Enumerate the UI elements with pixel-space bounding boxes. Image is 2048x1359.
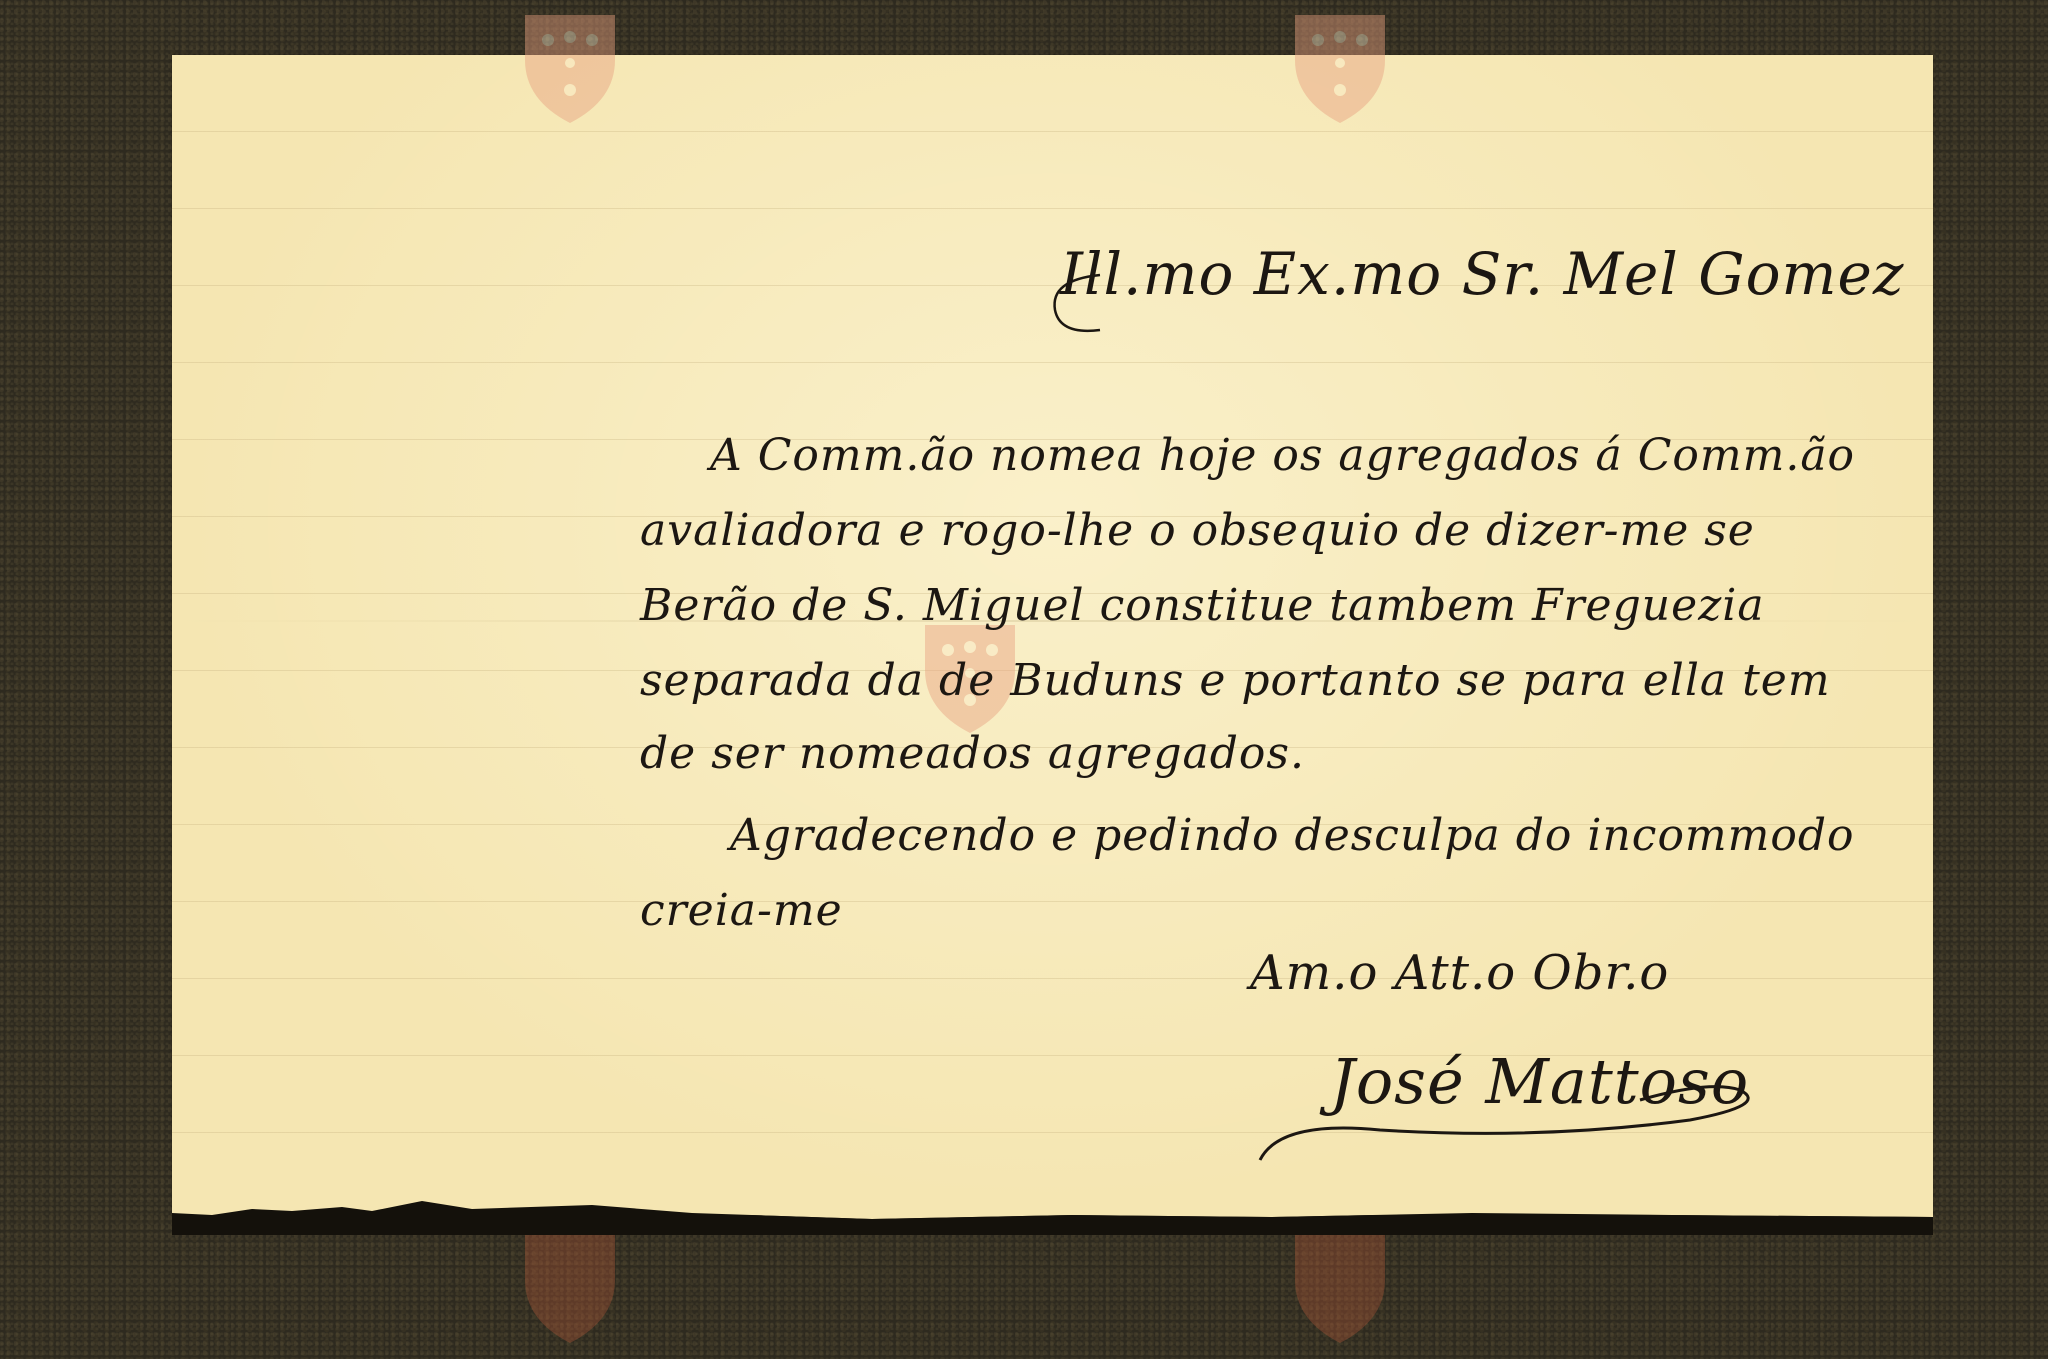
signature-flourish (1240, 1060, 1800, 1180)
shield-watermark-icon (520, 5, 620, 125)
letter-closing: Am.o Att.o Obr.o (1250, 945, 1669, 1001)
letter-salutation: Ill.mo Ex.mo Sr. Mel Gomez (1060, 240, 1904, 308)
shield-watermark-icon (1290, 5, 1390, 125)
shield-watermark-icon (1290, 1225, 1390, 1345)
shield-watermark-icon (520, 1225, 620, 1345)
letter-body-line: Agradecendo e pedindo desculpa do incomm… (730, 810, 1855, 861)
salutation-flourish (1040, 250, 1180, 340)
letter-body-line: Berão de S. Miguel constitue tambem Freg… (640, 580, 1765, 631)
letter-body-line: separada da de Buduns e portanto se para… (640, 655, 1831, 706)
torn-paper-edge (172, 1195, 1933, 1235)
letter-body-line: creia-me (640, 885, 843, 936)
letter-body-line: de ser nomeados agregados. (640, 728, 1305, 779)
letter-paper (172, 55, 1933, 1215)
letter-body-line: avaliadora e rogo-lhe o obsequio de dize… (640, 505, 1755, 556)
letter-body-line: A Comm.ão nomea hoje os agregados á Comm… (710, 430, 1855, 481)
